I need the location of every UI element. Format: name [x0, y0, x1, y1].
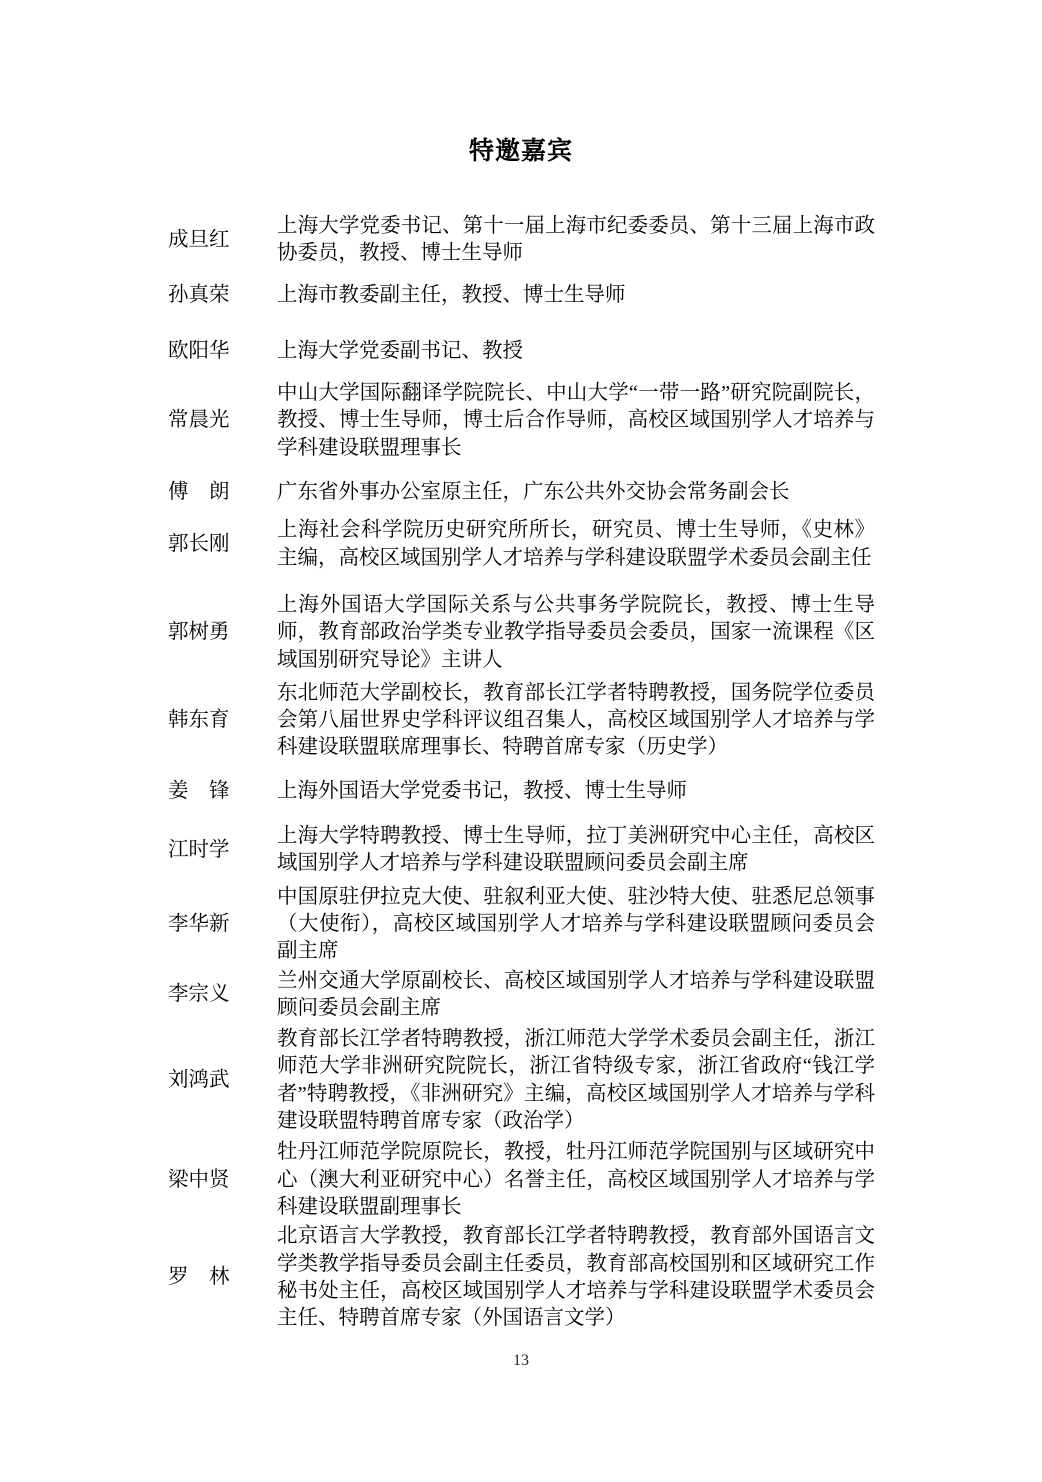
guest-row: 郭树勇 上海外国语大学国际关系与公共事务学院院长，教授、博士生导师，教育部政治学… — [168, 592, 875, 674]
guest-row: 李华新 中国原驻伊拉克大使、驻叙利亚大使、驻沙特大使、驻悉尼总领事（大使衔），高… — [168, 884, 875, 966]
guest-description: 北京语言大学教授，教育部长江学者特聘教授，教育部外国语言文学类教学指导委员会副主… — [277, 1223, 875, 1332]
guest-name: 江时学 — [168, 837, 277, 864]
guest-description: 上海大学党委书记、第十一届上海市纪委委员、第十三届上海市政协委员，教授、博士生导… — [277, 213, 875, 268]
guest-name: 郭树勇 — [168, 619, 277, 646]
guest-row: 韩东育 东北师范大学副校长，教育部长江学者特聘教授，国务院学位委员会第八届世界史… — [168, 680, 875, 762]
guest-row: 常晨光 中山大学国际翻译学院院长、中山大学“一带一路”研究院副院长，教授、博士生… — [168, 380, 875, 462]
guest-name: 罗 林 — [168, 1264, 277, 1291]
guest-row: 成旦红 上海大学党委书记、第十一届上海市纪委委员、第十三届上海市政协委员，教授、… — [168, 213, 875, 268]
guest-description: 上海社会科学院历史研究所所长，研究员、博士生导师，《史林》主编，高校区域国别学人… — [277, 517, 875, 572]
guest-name: 郭长刚 — [168, 531, 277, 558]
guest-description: 中国原驻伊拉克大使、驻叙利亚大使、驻沙特大使、驻悉尼总领事（大使衔），高校区域国… — [277, 884, 875, 966]
guest-name: 刘鸿武 — [168, 1067, 277, 1094]
guest-name: 孙真荣 — [168, 282, 277, 309]
guest-name: 欧阳华 — [168, 338, 277, 365]
guest-name: 常晨光 — [168, 407, 277, 434]
guest-description: 上海大学特聘教授、博士生导师，拉丁美洲研究中心主任，高校区域国别学人才培养与学科… — [277, 823, 875, 878]
guest-description: 上海外国语大学党委书记，教授、博士生导师 — [277, 778, 875, 805]
guest-row: 郭长刚 上海社会科学院历史研究所所长，研究员、博士生导师，《史林》主编，高校区域… — [168, 517, 875, 572]
page-title: 特邀嘉宾 — [0, 138, 1042, 165]
guest-description: 东北师范大学副校长，教育部长江学者特聘教授，国务院学位委员会第八届世界史学科评议… — [277, 680, 875, 762]
guest-name: 姜 锋 — [168, 778, 277, 805]
guest-name: 梁中贤 — [168, 1167, 277, 1194]
document-page: 特邀嘉宾 成旦红 上海大学党委书记、第十一届上海市纪委委员、第十三届上海市政协委… — [0, 0, 1042, 1482]
guest-description: 上海外国语大学国际关系与公共事务学院院长，教授、博士生导师，教育部政治学类专业教… — [277, 592, 875, 674]
guest-description: 上海大学党委副书记、教授 — [277, 338, 875, 365]
guest-row: 李宗义 兰州交通大学原副校长、高校区域国别学人才培养与学科建设联盟顾问委员会副主… — [168, 968, 875, 1023]
guest-row: 梁中贤 牡丹江师范学院原院长，教授，牡丹江师范学院国别与区域研究中心（澳大利亚研… — [168, 1139, 875, 1221]
guest-row: 罗 林 北京语言大学教授，教育部长江学者特聘教授，教育部外国语言文学类教学指导委… — [168, 1223, 875, 1332]
guest-description: 兰州交通大学原副校长、高校区域国别学人才培养与学科建设联盟顾问委员会副主席 — [277, 968, 875, 1023]
guest-description: 教育部长江学者特聘教授，浙江师范大学学术委员会副主任，浙江师范大学非洲研究院院长… — [277, 1026, 875, 1135]
guest-name: 李宗义 — [168, 981, 277, 1008]
guest-row: 傅 朗 广东省外事办公室原主任，广东公共外交协会常务副会长 — [168, 479, 875, 506]
page-number: 13 — [0, 1352, 1042, 1370]
guest-row: 刘鸿武 教育部长江学者特聘教授，浙江师范大学学术委员会副主任，浙江师范大学非洲研… — [168, 1026, 875, 1135]
guest-name: 韩东育 — [168, 707, 277, 734]
guest-name: 傅 朗 — [168, 479, 277, 506]
guest-description: 中山大学国际翻译学院院长、中山大学“一带一路”研究院副院长，教授、博士生导师，博… — [277, 380, 875, 462]
guest-row: 江时学 上海大学特聘教授、博士生导师，拉丁美洲研究中心主任，高校区域国别学人才培… — [168, 823, 875, 878]
guest-name: 李华新 — [168, 911, 277, 938]
guest-name: 成旦红 — [168, 227, 277, 254]
guest-description: 广东省外事办公室原主任，广东公共外交协会常务副会长 — [277, 479, 875, 506]
guest-row: 姜 锋 上海外国语大学党委书记，教授、博士生导师 — [168, 778, 875, 805]
guest-description: 牡丹江师范学院原院长，教授，牡丹江师范学院国别与区域研究中心（澳大利亚研究中心）… — [277, 1139, 875, 1221]
guest-row: 欧阳华 上海大学党委副书记、教授 — [168, 338, 875, 365]
guest-row: 孙真荣 上海市教委副主任，教授、博士生导师 — [168, 282, 875, 309]
guest-list: 成旦红 上海大学党委书记、第十一届上海市纪委委员、第十三届上海市政协委员，教授、… — [168, 213, 875, 1332]
guest-description: 上海市教委副主任，教授、博士生导师 — [277, 282, 875, 309]
